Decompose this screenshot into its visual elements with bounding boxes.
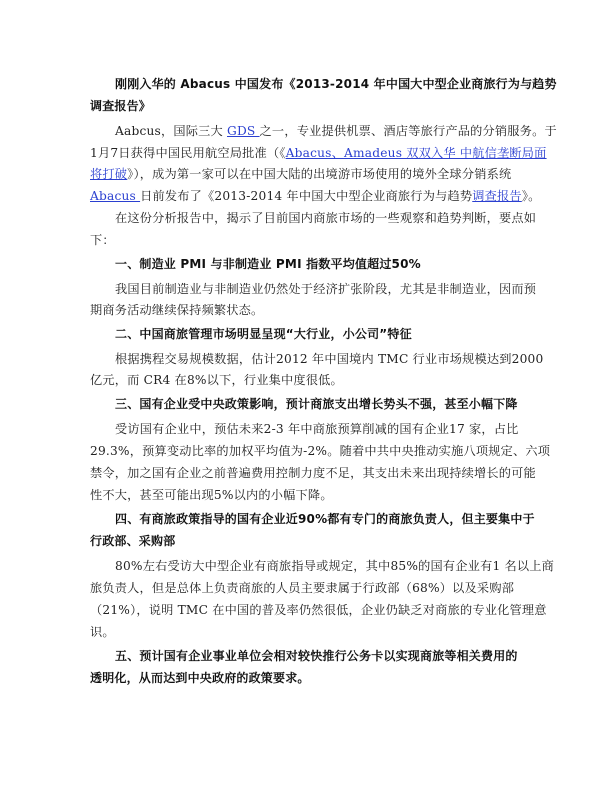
summary-line-1: 在这份分析报告中，揭示了目前国内商旅市场的一些观察和趋势判断，要点如 [115,210,530,226]
gds-link[interactable]: GDS [227,124,260,138]
section-4-body: （21%），说明 TMC 在中国的普及率仍然很低，企业仍缺乏对商旅的专业化管理意 [90,602,530,618]
report-link[interactable]: 调查报告 [472,189,522,203]
abacus-link[interactable]: Abacus [90,189,140,203]
section-4-heading: 四、有商旅政策指导的国有企业近90%都有专门的商旅负责人，但主要集中于 [115,511,530,527]
intro-text: 》），成为第一家可以在中国大陆的出境游市场使用的境外全球分销系统 [127,167,511,181]
news-link[interactable]: Abacus、Amadeus 双双入华 中航信垄断局面 [286,146,547,160]
news-link-cont[interactable]: 将打破 [90,167,127,181]
document-page: 刚刚入华的 Abacus 中国发布《2013-2014 年中国大中型企业商旅行为… [0,0,612,792]
section-1-body: 期商务活动继续保持频繁状态。 [90,302,530,318]
intro-line-3: 将打破》），成为第一家可以在中国大陆的出境游市场使用的境外全球分销系统 [90,166,530,182]
section-4-heading: 行政部、采购部 [90,533,530,549]
intro-line-1: Aabcus，国际三大 GDS 之一，专业提供机票、酒店等旅行产品的分销服务。于 [115,123,530,139]
section-2-body: 亿元，而 CR4 在8%以下，行业集中度很低。 [90,372,530,388]
section-2-heading: 二、中国商旅管理市场明显呈现“大行业，小公司”特征 [115,326,530,342]
section-5-heading: 五、预计国有企业事业单位会相对较快推行公务卡以实现商旅等相关费用的 [115,648,530,664]
intro-line-2: 1月7日获得中国民用航空局批准（《Abacus、Amadeus 双双入华 中航信… [90,145,530,161]
intro-text: 》。 [522,189,541,203]
section-5-heading: 透明化，从而达到中央政府的政策要求。 [90,670,530,686]
section-4-body: 识。 [90,624,530,640]
intro-text: 之一，专业提供机票、酒店等旅行产品的分销服务。于 [260,124,557,138]
section-2-body: 根据携程交易规模数据，估计2012 年中国境内 TMC 行业市场规模达到2000 [115,351,530,367]
section-3-body: 29.3%，预算变动比率的加权平均值为-2%。随着中共中央推动实施八项规定、六项 [90,443,530,459]
section-4-body: 旅负责人，但是总体上负责商旅的人员主要隶属于行政部（68%）以及采购部 [90,580,530,596]
doc-title-line-1: 刚刚入华的 Abacus 中国发布《2013-2014 年中国大中型企业商旅行为… [115,76,530,92]
section-4-body: 80%左右受访大中型企业有商旅指导或规定，其中85%的国有企业有1 名以上商 [115,558,530,574]
intro-text: Aabcus，国际三大 [115,124,227,138]
summary-line-2: 下： [90,232,530,248]
section-3-body: 禁令，加之国有企业之前普遍费用控制力度不足，其支出未来出现持续增长的可能 [90,465,530,481]
section-1-heading: 一、制造业 PMI 与非制造业 PMI 指数平均值超过50% [115,256,530,272]
intro-text: 1月7日获得中国民用航空局批准（《 [90,146,286,160]
doc-title-line-2: 调查报告》 [90,98,530,114]
section-3-body: 受访国有企业中，预估未来2-3 年中商旅预算削减的国有企业17 家，占比 [115,421,530,437]
intro-line-4: Abacus 日前发布了《2013-2014 年中国大中型企业商旅行为与趋势调查… [90,188,530,204]
section-1-body: 我国目前制造业与非制造业仍然处于经济扩张阶段，尤其是非制造业，因而预 [115,281,530,297]
section-3-heading: 三、国有企业受中央政策影响，预计商旅支出增长势头不强，甚至小幅下降 [115,396,530,412]
section-3-body: 性不大，甚至可能出现5%以内的小幅下降。 [90,487,530,503]
intro-text: 日前发布了《2013-2014 年中国大中型企业商旅行为与趋势 [140,189,472,203]
